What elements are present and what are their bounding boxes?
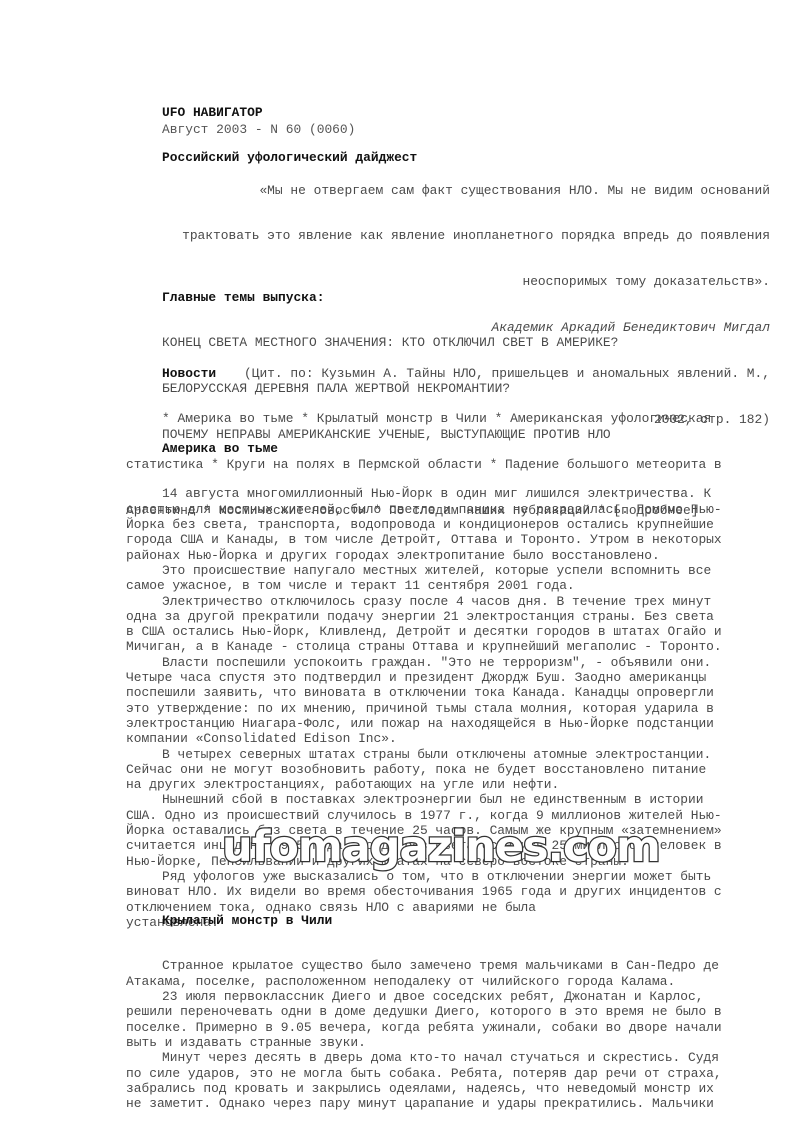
issue-date: Август 2003 - N 60 (0060) xyxy=(162,122,355,137)
paragraph-line: в США остались Нью-Йорк, Кливленд, Детро… xyxy=(126,624,722,639)
paragraph-line: решили переночевать одни в доме дедушки … xyxy=(126,1004,722,1019)
paragraph-line: В четырех северных штатах страны были от… xyxy=(126,747,722,762)
paragraph-line: Четыре часа спустя это подтвердил и през… xyxy=(126,670,722,685)
epigraph-line: «Мы не отвергаем сам факт существования … xyxy=(182,183,770,198)
paragraph-line: Нынешний сбой в поставках электроэнергии… xyxy=(126,792,722,807)
magazine-title: UFO НАВИГАТОР xyxy=(162,105,417,120)
paragraph-line: поспешили заявить, что виновата в отключ… xyxy=(126,685,722,700)
paragraph-line: компании «Consolidated Edison Inc». xyxy=(126,731,722,746)
paragraph-line: районах Нью-Йорка и других городах элект… xyxy=(126,548,722,563)
paragraph-line: города США и Канады, в том числе Детройт… xyxy=(126,532,722,547)
paragraph-line: забрались под кровать и закрылись одеяла… xyxy=(126,1081,722,1096)
news-heading: Новости xyxy=(126,366,722,381)
topics-heading: Главные темы выпуска: xyxy=(162,290,618,305)
paragraph-line: Минут через десять в дверь дома кто-то н… xyxy=(126,1050,722,1065)
paragraph-line: 14 августа многомиллионный Нью-Йорк в од… xyxy=(126,486,722,501)
epigraph-line: трактовать это явление как явление инопл… xyxy=(182,228,770,243)
paragraph-line: одна за другой прекратили подачу энергии… xyxy=(126,609,722,624)
paragraph-line: Атакама, поселке, расположенном неподале… xyxy=(126,974,722,989)
paragraph-line: Это происшествие напугало местных жителе… xyxy=(126,563,722,578)
paragraph-line: поселке. Примерно в 9.05 вечера, когда р… xyxy=(126,1020,722,1035)
paragraph-line: США. Одно из происшествий случилось в 19… xyxy=(126,808,722,823)
paragraph-line: выть и издавать странные звуки. xyxy=(126,1035,722,1050)
paragraph-line: самое ужасное, в том числе и теракт 11 с… xyxy=(126,578,722,593)
watermark-logo: ufomagazines.com xyxy=(222,822,660,872)
paragraph-line: Электричество отключилось сразу после 4 … xyxy=(126,594,722,609)
paragraph-line: Власти поспешили успокоить граждан. "Это… xyxy=(126,655,722,670)
paragraph-line: Странное крылатое существо было замечено… xyxy=(126,958,722,973)
paragraph-line: электростанцию Ниагара-Фолс, или пожар н… xyxy=(126,716,722,731)
paragraph-line: Сейчас они не могут возобновить работу, … xyxy=(126,762,722,777)
article-chile: Крылатый монстр в Чили Странное крылатое… xyxy=(126,882,722,1111)
paragraph-line: счастью для местных жителей, было светло… xyxy=(126,502,722,517)
article-heading: Крылатый монстр в Чили xyxy=(126,913,722,928)
paragraph-line: на других электростанциях, работающих на… xyxy=(126,777,722,792)
paragraph-line: Йорка без света, транспорта, водопровода… xyxy=(126,517,722,532)
document-page: UFO НАВИГАТОР Российский уфологический д… xyxy=(0,0,800,1131)
paragraph-line: Мичиган, а в Канаде - столица страны Отт… xyxy=(126,639,722,654)
paragraph-line: не заметит. Однако через пару минут цара… xyxy=(126,1096,722,1111)
article-heading: Америка во тьме xyxy=(126,441,722,456)
paragraph-line: по силе ударов, это не могла быть собака… xyxy=(126,1066,722,1081)
paragraph-line: 23 июля первоклассник Диего и двое сосед… xyxy=(126,989,722,1004)
paragraph-line: это утверждение: по их мнению, причиной … xyxy=(126,701,722,716)
